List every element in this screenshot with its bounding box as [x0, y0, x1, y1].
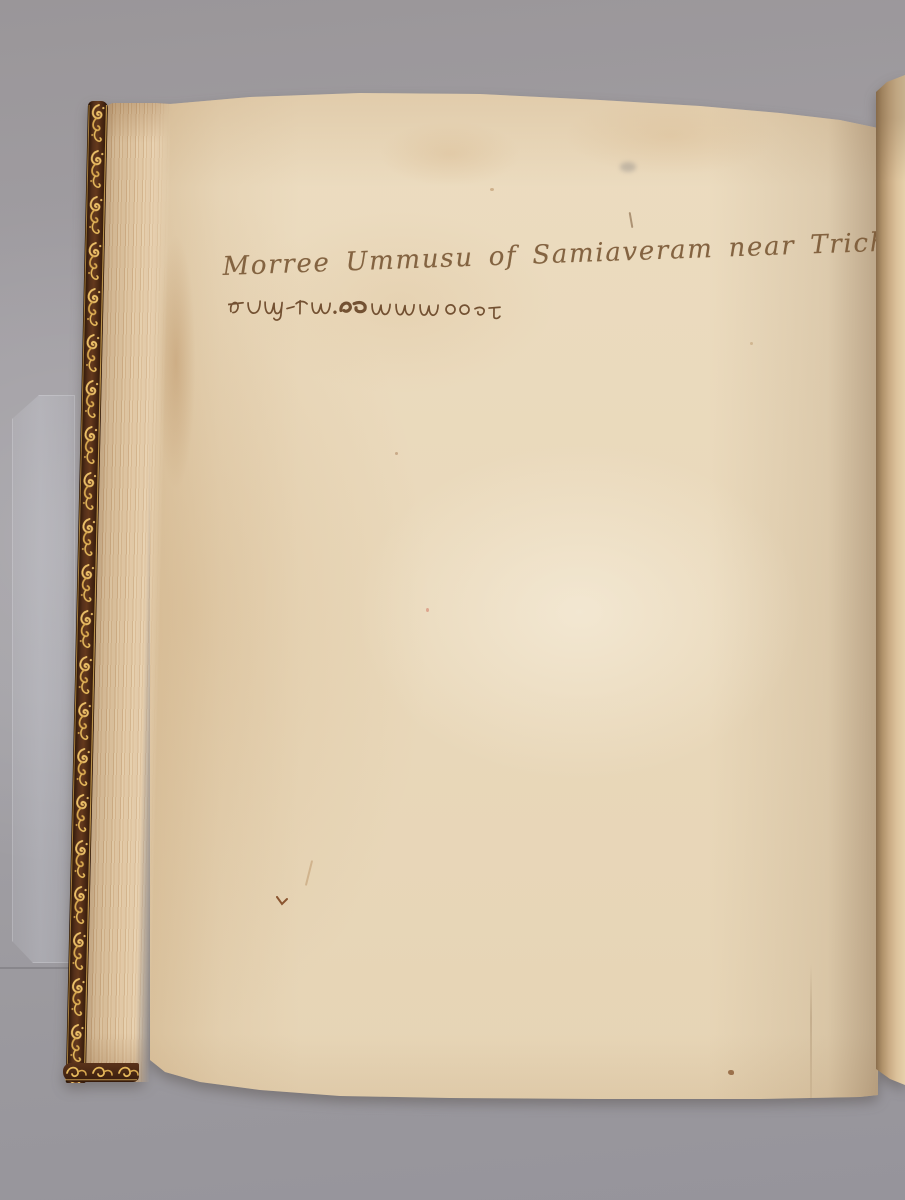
paper-scratch: [305, 860, 313, 886]
foxing-spot: [750, 342, 753, 345]
handwritten-caption-tamil-script: [228, 292, 516, 325]
ink-chevron-mark: [276, 896, 288, 906]
blank-album-page: Morree Ummusu of Samiaveram near Trichin…: [150, 92, 878, 1104]
open-book: Morree Ummusu of Samiaveram near Trichin…: [0, 0, 905, 1200]
gray-smudge: [620, 162, 636, 172]
foxing-spot: [426, 608, 429, 612]
right-page-curved-edge: [876, 72, 905, 1090]
gilt-scroll-tooling-foot: [63, 1063, 139, 1082]
foxing-spot: [395, 452, 398, 455]
photo-backdrop: Morree Ummusu of Samiaveram near Trichin…: [0, 0, 905, 1200]
handwritten-caption-english: Morree Ummusu of Samiaveram near Trichin…: [222, 224, 905, 284]
page-crease: [810, 964, 812, 1098]
book-spine-foot-corner: [63, 1063, 139, 1082]
foxing-spot: [490, 188, 494, 191]
foxing-spot: [728, 1070, 734, 1075]
pen-tick-mark: [629, 212, 634, 228]
